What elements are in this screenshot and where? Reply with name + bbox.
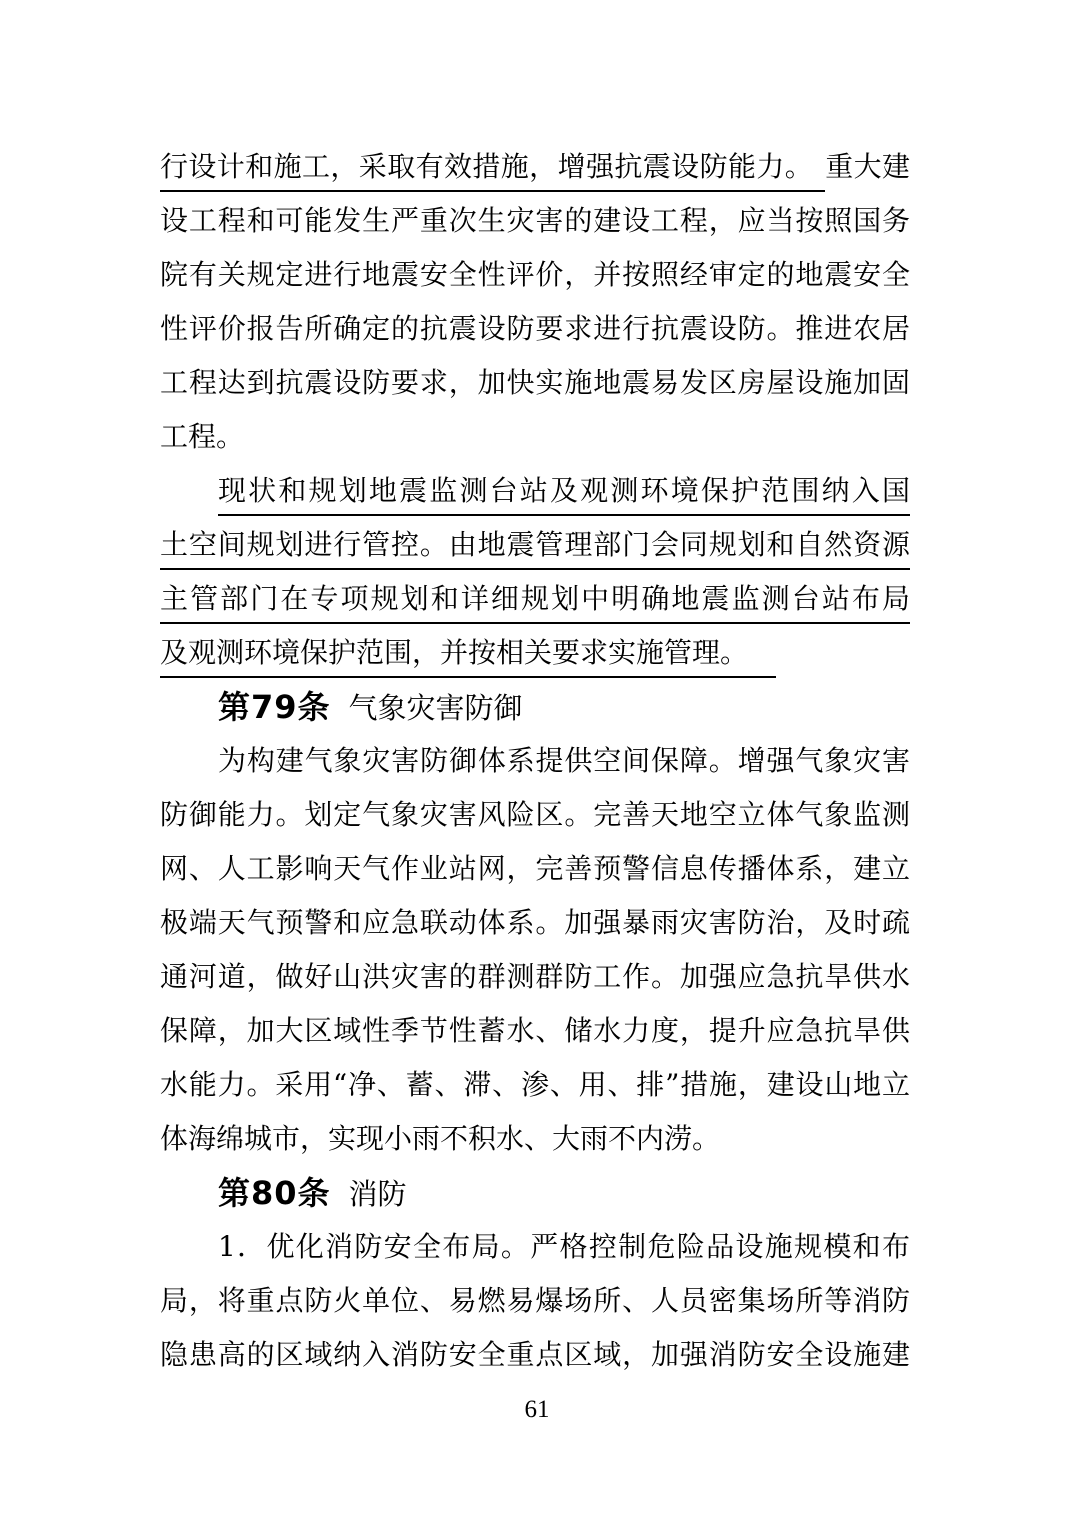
underlined-text: 及观测环境保护范围，并按相关要求实施管理。 bbox=[160, 636, 776, 678]
underlined-text: 行设计和施工，采取有效措施，增强抗震设防能力。 bbox=[160, 150, 825, 192]
text-segment: 体海绵城市，实现小雨不积水、大雨不内涝。 bbox=[160, 1122, 720, 1155]
text-line: 极端天气预警和应急联动体系。加强暴雨灾害防治，及时疏 bbox=[160, 896, 910, 950]
text-segment: 通河道，做好山洪灾害的群测群防工作。加强应急抗旱供水 bbox=[160, 960, 910, 993]
text-line: 设工程和可能发生严重次生灾害的建设工程，应当按照国务 bbox=[160, 194, 910, 248]
article-title: 消防 bbox=[349, 1177, 407, 1211]
text-line: 通河道，做好山洪灾害的群测群防工作。加强应急抗旱供水 bbox=[160, 950, 910, 1004]
text-line: 土空间规划进行管控。由地震管理部门会同规划和自然资源 bbox=[160, 518, 910, 572]
document-page: 行设计和施工，采取有效措施，增强抗震设防能力。重大建设工程和可能发生严重次生灾害… bbox=[0, 0, 1074, 1520]
text-segment: 隐患高的区域纳入消防安全重点区域，加强消防安全设施建 bbox=[160, 1338, 910, 1371]
text-segment: 保障，加大区域性季节性蓄水、储水力度，提升应急抗旱供 bbox=[160, 1014, 910, 1047]
text-line: 主管部门在专项规划和详细规划中明确地震监测台站布局 bbox=[160, 572, 910, 626]
text-line: 保障，加大区域性季节性蓄水、储水力度，提升应急抗旱供 bbox=[160, 1004, 910, 1058]
text-line: 防御能力。划定气象灾害风险区。完善天地空立体气象监测 bbox=[160, 788, 910, 842]
text-line: 1．优化消防安全布局。严格控制危险品设施规模和布 bbox=[160, 1220, 910, 1274]
article-heading: 第80条消防 bbox=[160, 1166, 910, 1220]
article-number: 第79条 bbox=[218, 688, 331, 726]
text-line: 水能力。采用“净、蓄、滞、渗、用、排”措施，建设山地立 bbox=[160, 1058, 910, 1112]
text-segment: 院有关规定进行地震安全性评价，并按照经审定的地震安全 bbox=[160, 258, 910, 291]
text-line: 及观测环境保护范围，并按相关要求实施管理。 bbox=[160, 626, 910, 680]
text-segment: 工程达到抗震设防要求，加快实施地震易发区房屋设施加固 bbox=[160, 366, 910, 399]
text-segment: 局，将重点防火单位、易燃易爆场所、人员密集场所等消防 bbox=[160, 1284, 910, 1317]
text-segment: 设工程和可能发生严重次生灾害的建设工程，应当按照国务 bbox=[160, 204, 910, 237]
text-segment: 1．优化消防安全布局。严格控制危险品设施规模和布 bbox=[218, 1230, 910, 1263]
text-line: 局，将重点防火单位、易燃易爆场所、人员密集场所等消防 bbox=[160, 1274, 910, 1328]
text-line: 行设计和施工，采取有效措施，增强抗震设防能力。重大建 bbox=[160, 140, 910, 194]
text-segment: 网、人工影响天气作业站网，完善预警信息传播体系，建立 bbox=[160, 852, 910, 885]
text-line: 体海绵城市，实现小雨不积水、大雨不内涝。 bbox=[160, 1112, 910, 1166]
text-line: 院有关规定进行地震安全性评价，并按照经审定的地震安全 bbox=[160, 248, 910, 302]
text-segment: 重大建 bbox=[825, 150, 910, 183]
text-segment: 水能力。采用“净、蓄、滞、渗、用、排”措施，建设山地立 bbox=[160, 1068, 910, 1101]
text-segment: 防御能力。划定气象灾害风险区。完善天地空立体气象监测 bbox=[160, 798, 910, 831]
text-body: 行设计和施工，采取有效措施，增强抗震设防能力。重大建设工程和可能发生严重次生灾害… bbox=[160, 140, 910, 1382]
underlined-text: 现状和规划地震监测台站及观测环境保护范围纳入国 bbox=[218, 474, 910, 516]
text-line: 现状和规划地震监测台站及观测环境保护范围纳入国 bbox=[160, 464, 910, 518]
text-line: 网、人工影响天气作业站网，完善预警信息传播体系，建立 bbox=[160, 842, 910, 896]
underlined-text: 主管部门在专项规划和详细规划中明确地震监测台站布局 bbox=[160, 582, 910, 624]
text-segment: 工程。 bbox=[160, 420, 244, 453]
text-line: 隐患高的区域纳入消防安全重点区域，加强消防安全设施建 bbox=[160, 1328, 910, 1382]
article-number: 第80条 bbox=[218, 1174, 331, 1212]
text-segment: 性评价报告所确定的抗震设防要求进行抗震设防。推进农居 bbox=[160, 312, 910, 345]
text-segment: 为构建气象灾害防御体系提供空间保障。增强气象灾害 bbox=[218, 744, 910, 777]
text-line: 为构建气象灾害防御体系提供空间保障。增强气象灾害 bbox=[160, 734, 910, 788]
article-title: 气象灾害防御 bbox=[349, 691, 523, 725]
text-line: 工程达到抗震设防要求，加快实施地震易发区房屋设施加固 bbox=[160, 356, 910, 410]
text-segment: 极端天气预警和应急联动体系。加强暴雨灾害防治，及时疏 bbox=[160, 906, 910, 939]
article-heading: 第79条气象灾害防御 bbox=[160, 680, 910, 734]
text-line: 性评价报告所确定的抗震设防要求进行抗震设防。推进农居 bbox=[160, 302, 910, 356]
text-line: 工程。 bbox=[160, 410, 910, 464]
page-number: 61 bbox=[0, 1396, 1074, 1424]
underlined-text: 土空间规划进行管控。由地震管理部门会同规划和自然资源 bbox=[160, 528, 910, 570]
